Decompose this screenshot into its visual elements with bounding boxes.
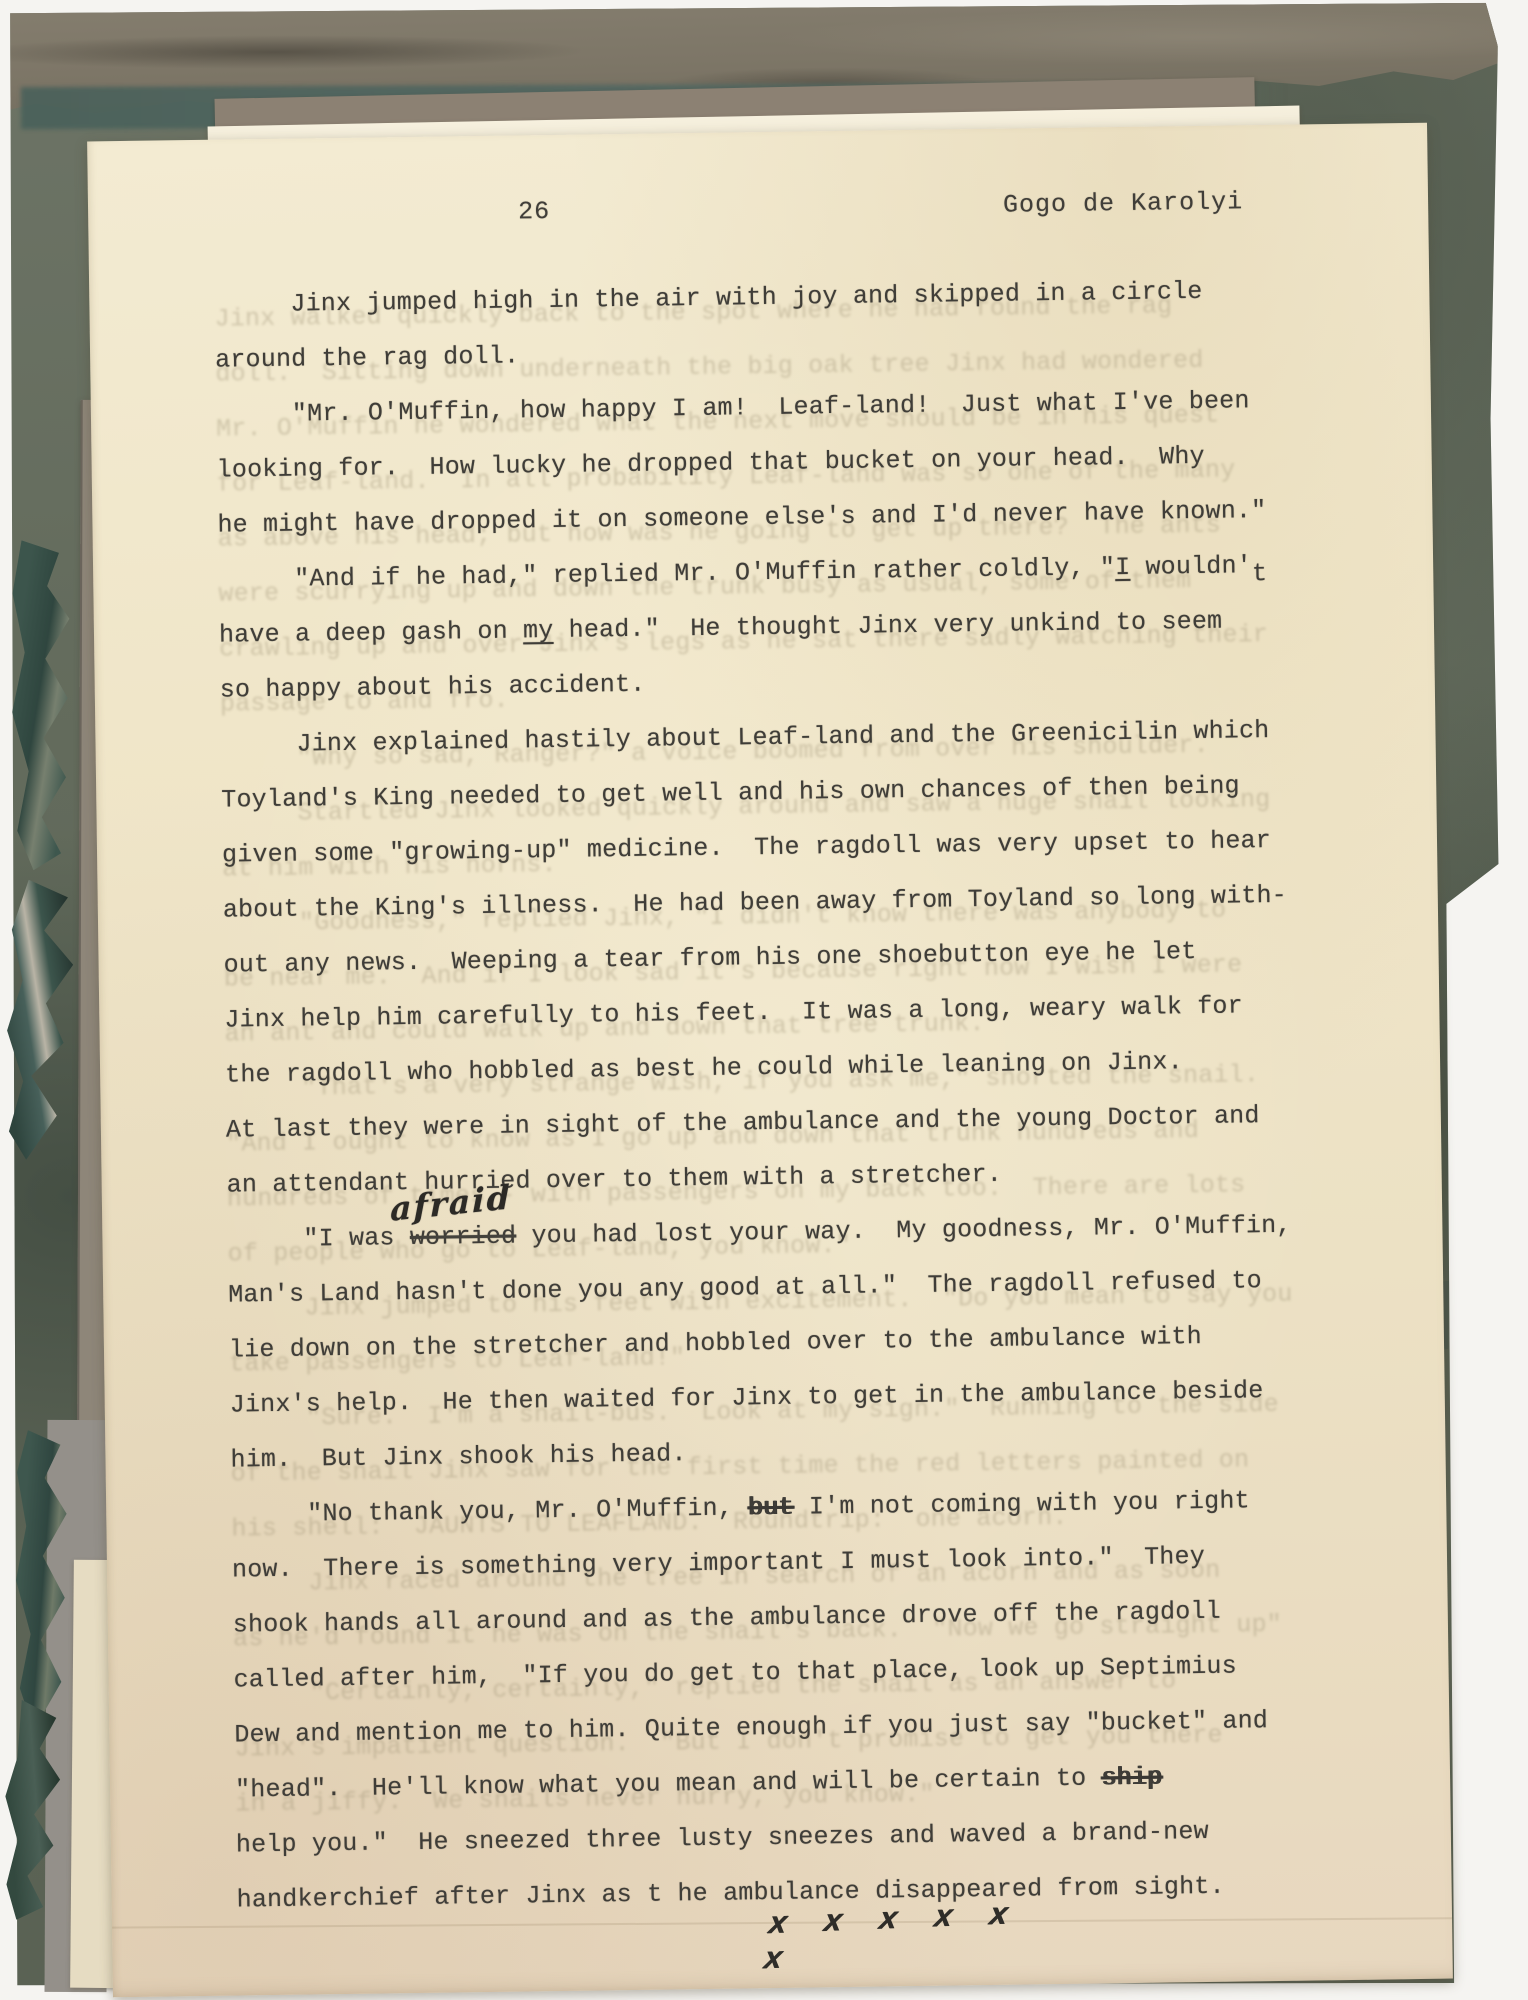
typed-text: the ragdoll who hobbled as best he could… [225, 1047, 1183, 1089]
typed-text: him. But Jinx shook his head. [230, 1439, 686, 1474]
typed-text: Toyland's King needed to get well and hi… [221, 771, 1240, 814]
typed-text: handkerchief after Jinx as t he ambulanc… [236, 1872, 1224, 1915]
page-header: 26 Gogo de Karolyi [88, 185, 1428, 244]
struck-word: but [748, 1493, 794, 1523]
typed-text: head." He thought Jinx very unkind to se… [553, 607, 1222, 645]
typed-text: about the King's illness. He had been aw… [223, 881, 1287, 925]
underlined-word: my [523, 616, 554, 645]
typed-text: looking for. How lucky he dropped that b… [217, 442, 1205, 485]
typed-text: called after him, "If you do get to that… [233, 1652, 1237, 1695]
typed-text: he might have dropped it on someone else… [217, 496, 1266, 540]
struck-word: ship [1101, 1763, 1162, 1793]
typed-text: Jinx's help. He then waited for Jinx to … [230, 1376, 1264, 1419]
typed-text: around the rag doll. [215, 341, 519, 374]
typed-text: lie down on the stretcher and hobbled ov… [229, 1322, 1202, 1365]
typed-text: an attendant hurried over to them with a… [226, 1160, 1002, 1200]
typed-text: "head". He'll know what you mean and wil… [235, 1763, 1102, 1804]
typescript-body: Jinx jumped high in the air with joy and… [214, 262, 1377, 1928]
author-name: Gogo de Karolyi [1003, 187, 1243, 219]
typed-text: "Mr. O'Muffin, how happy I am! Leaf-land… [216, 386, 1250, 429]
typed-text: out any news. Weeping a tear from his on… [223, 937, 1196, 980]
typed-text: "I was [227, 1223, 410, 1255]
typed-text: so happy about his accident. [220, 670, 646, 705]
typed-text: Man's Land hasn't done you any good at a… [228, 1266, 1262, 1309]
typed-text: I'm not coming with you right [794, 1486, 1250, 1521]
typed-text: help you." He sneezed three lusty sneeze… [236, 1817, 1209, 1860]
underlined-word: I [1115, 553, 1131, 582]
typed-text: wouldn' [1130, 551, 1252, 582]
typed-text: you had lost your way. My goodness, Mr. … [516, 1211, 1292, 1251]
typed-text: Jinx jumped high in the air with joy and… [214, 277, 1202, 320]
typed-text: Jinx explained hastily about Leaf-land a… [220, 716, 1269, 760]
typescript-page: 26 Gogo de Karolyi Jinx walked quickly b… [87, 123, 1453, 1998]
typed-text: At last they were in sight of the ambula… [226, 1101, 1260, 1144]
typed-text: given some "growing-up" medicine. The ra… [222, 826, 1271, 870]
typed-text: Jinx help him carefully to his feet. It … [224, 991, 1243, 1034]
typed-text: have a deep gash on [219, 616, 523, 649]
typed-text: now. There is something very important I… [232, 1542, 1205, 1585]
typed-text: "And if he had," replied Mr. O'Muffin ra… [218, 553, 1115, 595]
typed-text: shook hands all around and as the ambula… [233, 1597, 1221, 1640]
page-number: 26 [518, 197, 550, 226]
typed-text: Dew and mention me to him. Quite enough … [234, 1706, 1268, 1749]
typed-text: "No thank you, Mr. O'Muffin, [231, 1493, 748, 1529]
